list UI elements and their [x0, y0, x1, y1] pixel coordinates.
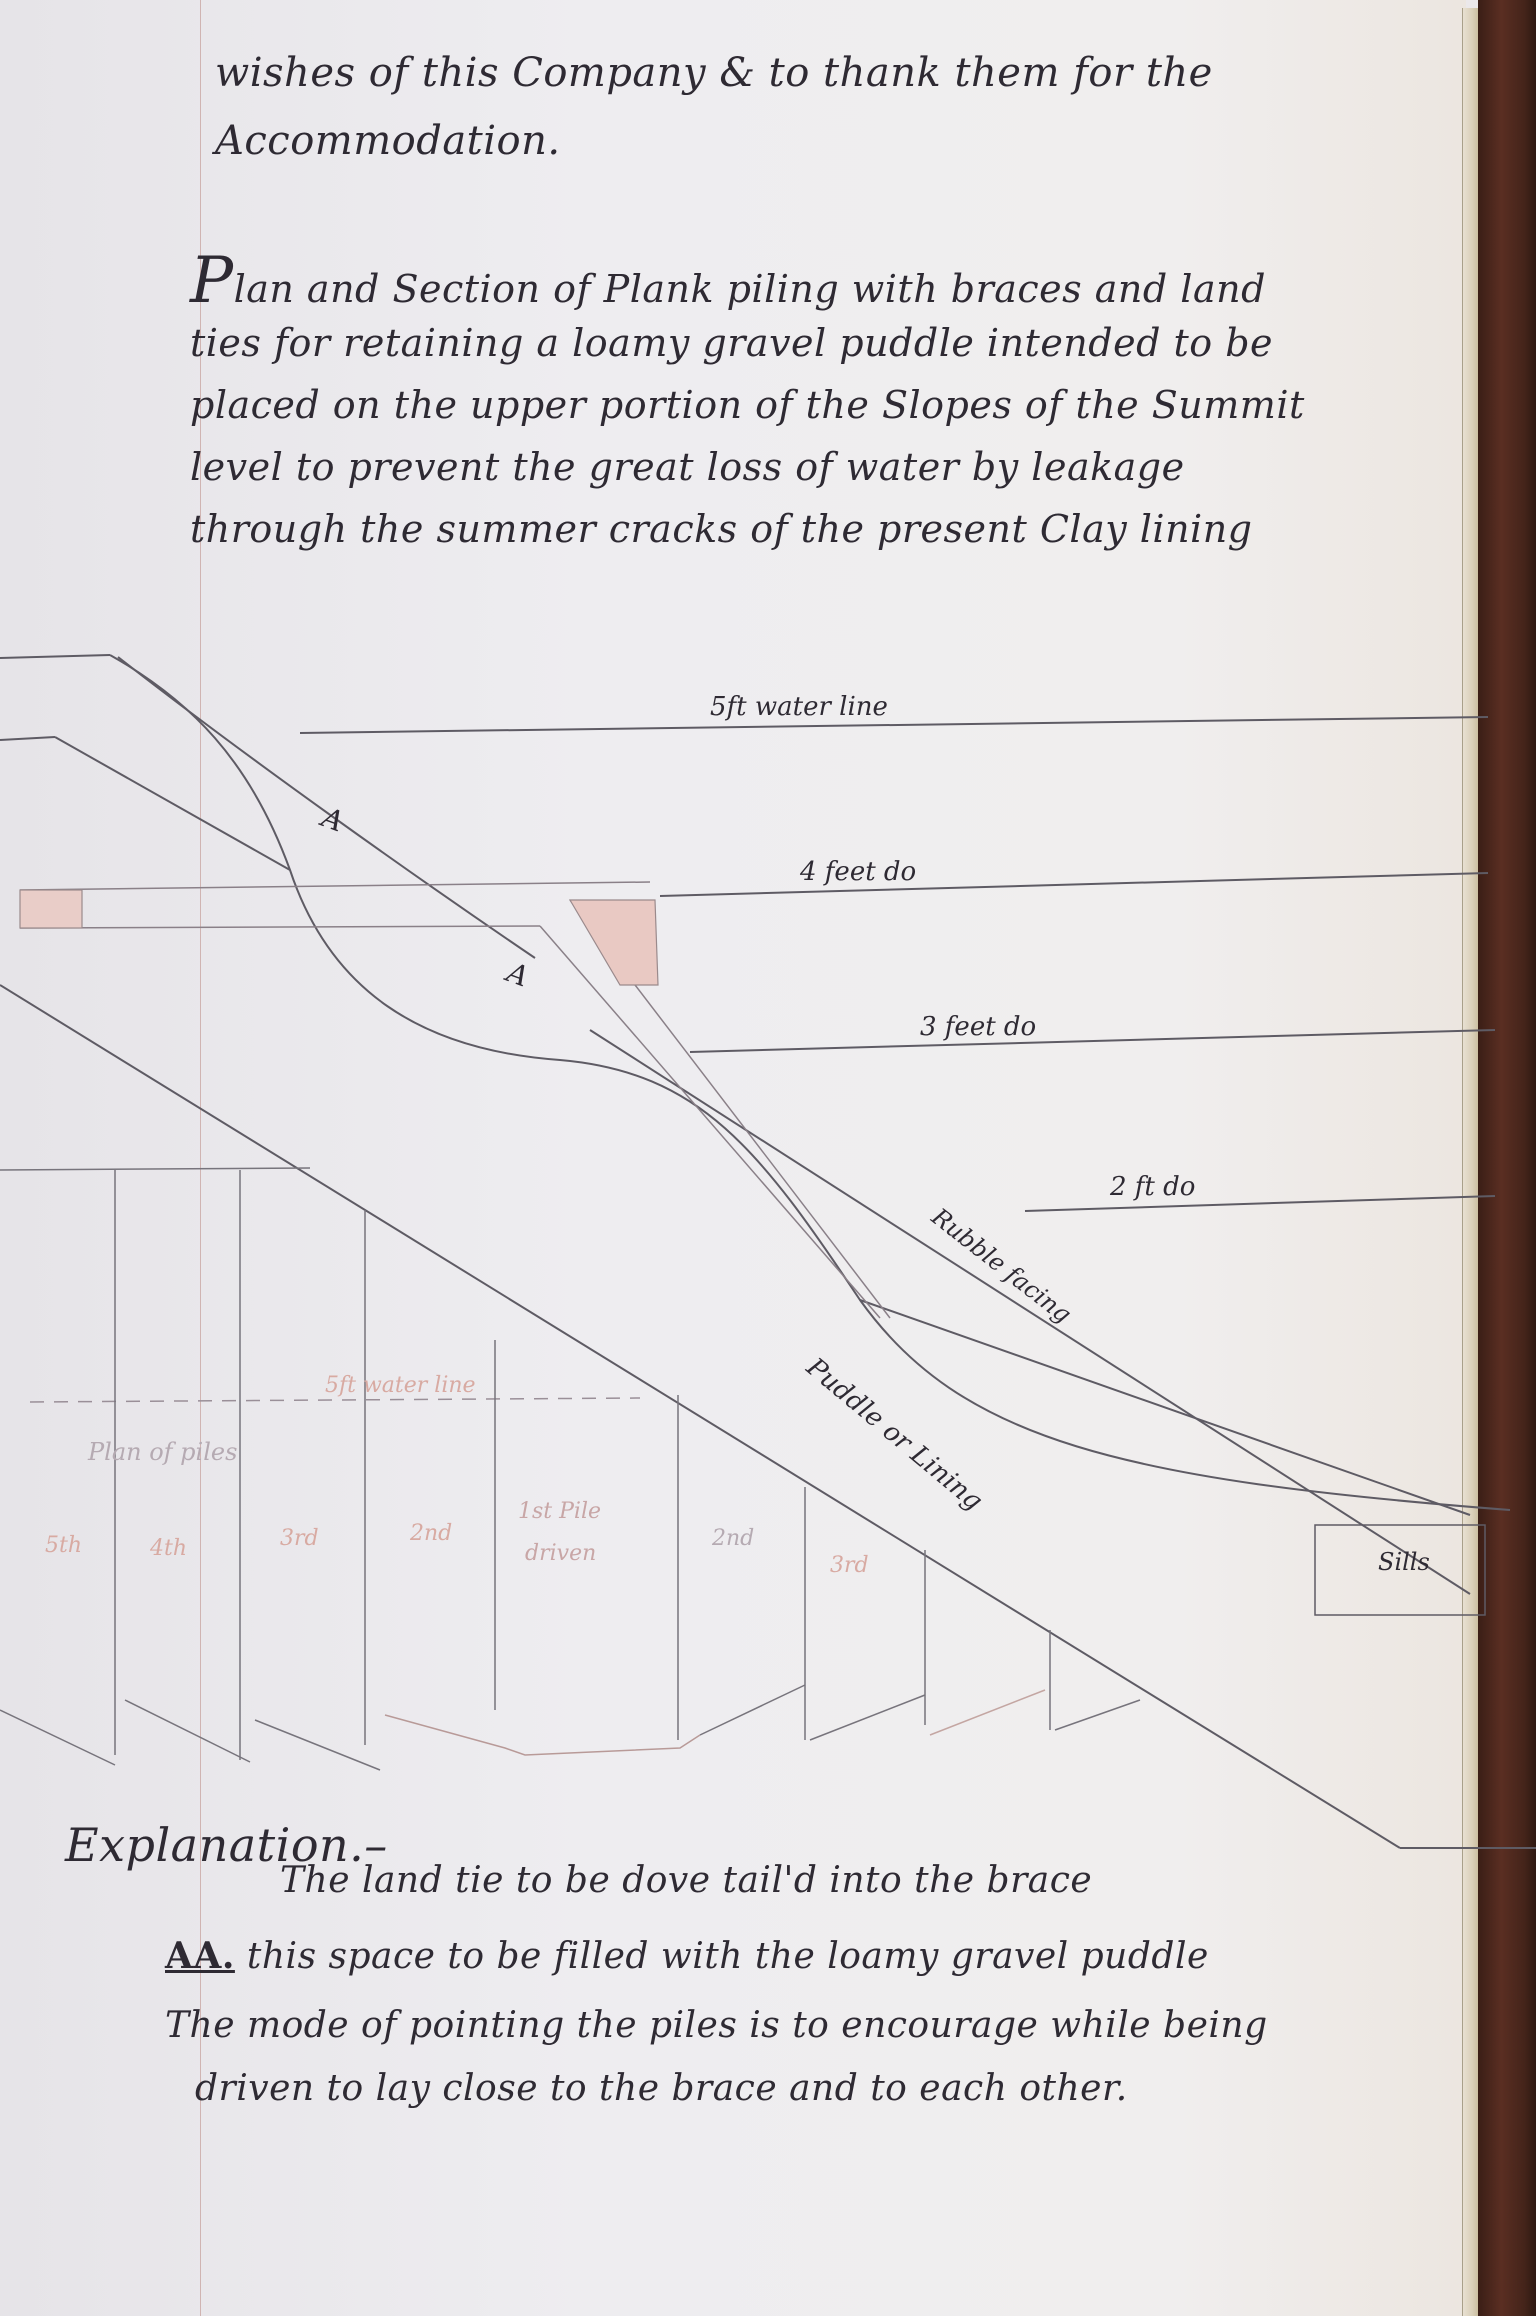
label-puddle-or-lining: Puddle or Lining: [800, 1352, 988, 1517]
label-plan-water-line: 5ft water line: [325, 1373, 476, 1398]
label-pile-4th: 4th: [149, 1536, 187, 1561]
explanation-line-1: The land tie to be dove tail'd into the …: [280, 1860, 1092, 1901]
ledge-top: [0, 655, 110, 658]
label-pile-3rd-right: 3rd: [830, 1553, 869, 1578]
pile-point-5th: [0, 1710, 115, 1765]
label-pile-2nd-right: 2nd: [711, 1526, 754, 1551]
plan-water-line: [30, 1398, 640, 1402]
label-4-feet: 4 feet do: [799, 857, 916, 887]
explanation-line-2-text: this space to be filled with the loamy g…: [247, 1936, 1209, 1977]
plan-top-line: [0, 1168, 310, 1170]
pile-plan: [0, 1168, 1140, 1770]
label-pile-2nd: 2nd: [409, 1521, 452, 1546]
rubble-line-lower: [590, 1030, 1470, 1594]
land-tie-anchor-block: [20, 890, 82, 928]
water-line-4ft: [660, 873, 1488, 896]
label-plan-of-piles: Plan of piles: [87, 1438, 237, 1466]
label-pile-5th: 5th: [45, 1533, 82, 1558]
pile-point-3rd: [255, 1720, 380, 1770]
pile-point-3rd-right: [810, 1695, 925, 1740]
pile-point-2nd-right: [700, 1685, 805, 1735]
label-sills: Sills: [1378, 1548, 1430, 1576]
water-line-5ft: [300, 717, 1488, 733]
water-line-2ft: [1025, 1196, 1495, 1211]
explanation-line-3: The mode of pointing the piles is to enc…: [165, 2005, 1268, 2046]
pile-point-4th-right: [930, 1690, 1045, 1735]
label-2-feet: 2 ft do: [1109, 1172, 1195, 1202]
land-tie-bottom: [20, 926, 540, 928]
slope-left: [55, 737, 290, 870]
pile-point-1st: [385, 1715, 700, 1755]
marker-a-upper: A: [315, 800, 348, 839]
label-3-feet: 3 feet do: [920, 1012, 1036, 1042]
section-drawing: [0, 655, 1536, 1848]
ledge-mid: [0, 737, 55, 740]
aa-marker: AA.: [165, 1935, 235, 1977]
pile-point-4th: [125, 1700, 250, 1762]
marker-a-lower: A: [500, 955, 533, 994]
label-rubble-facing: Rubble facing: [926, 1202, 1077, 1329]
label-5ft-water-line: 5ft water line: [710, 692, 888, 722]
water-line-3ft: [690, 1030, 1495, 1052]
brace-head-block: [570, 900, 658, 985]
label-pile-3rd: 3rd: [280, 1526, 319, 1551]
brace-left-edge: [540, 926, 880, 1318]
explanation-line-2: AA.this space to be filled with the loam…: [165, 1935, 1209, 1977]
land-tie-top: [20, 882, 650, 890]
label-pile-driven: driven: [525, 1541, 596, 1566]
label-pile-1st: 1st Pile: [518, 1499, 601, 1524]
pile-point-5th-right: [1055, 1700, 1140, 1730]
explanation-line-4: driven to lay close to the brace and to …: [195, 2068, 1128, 2109]
